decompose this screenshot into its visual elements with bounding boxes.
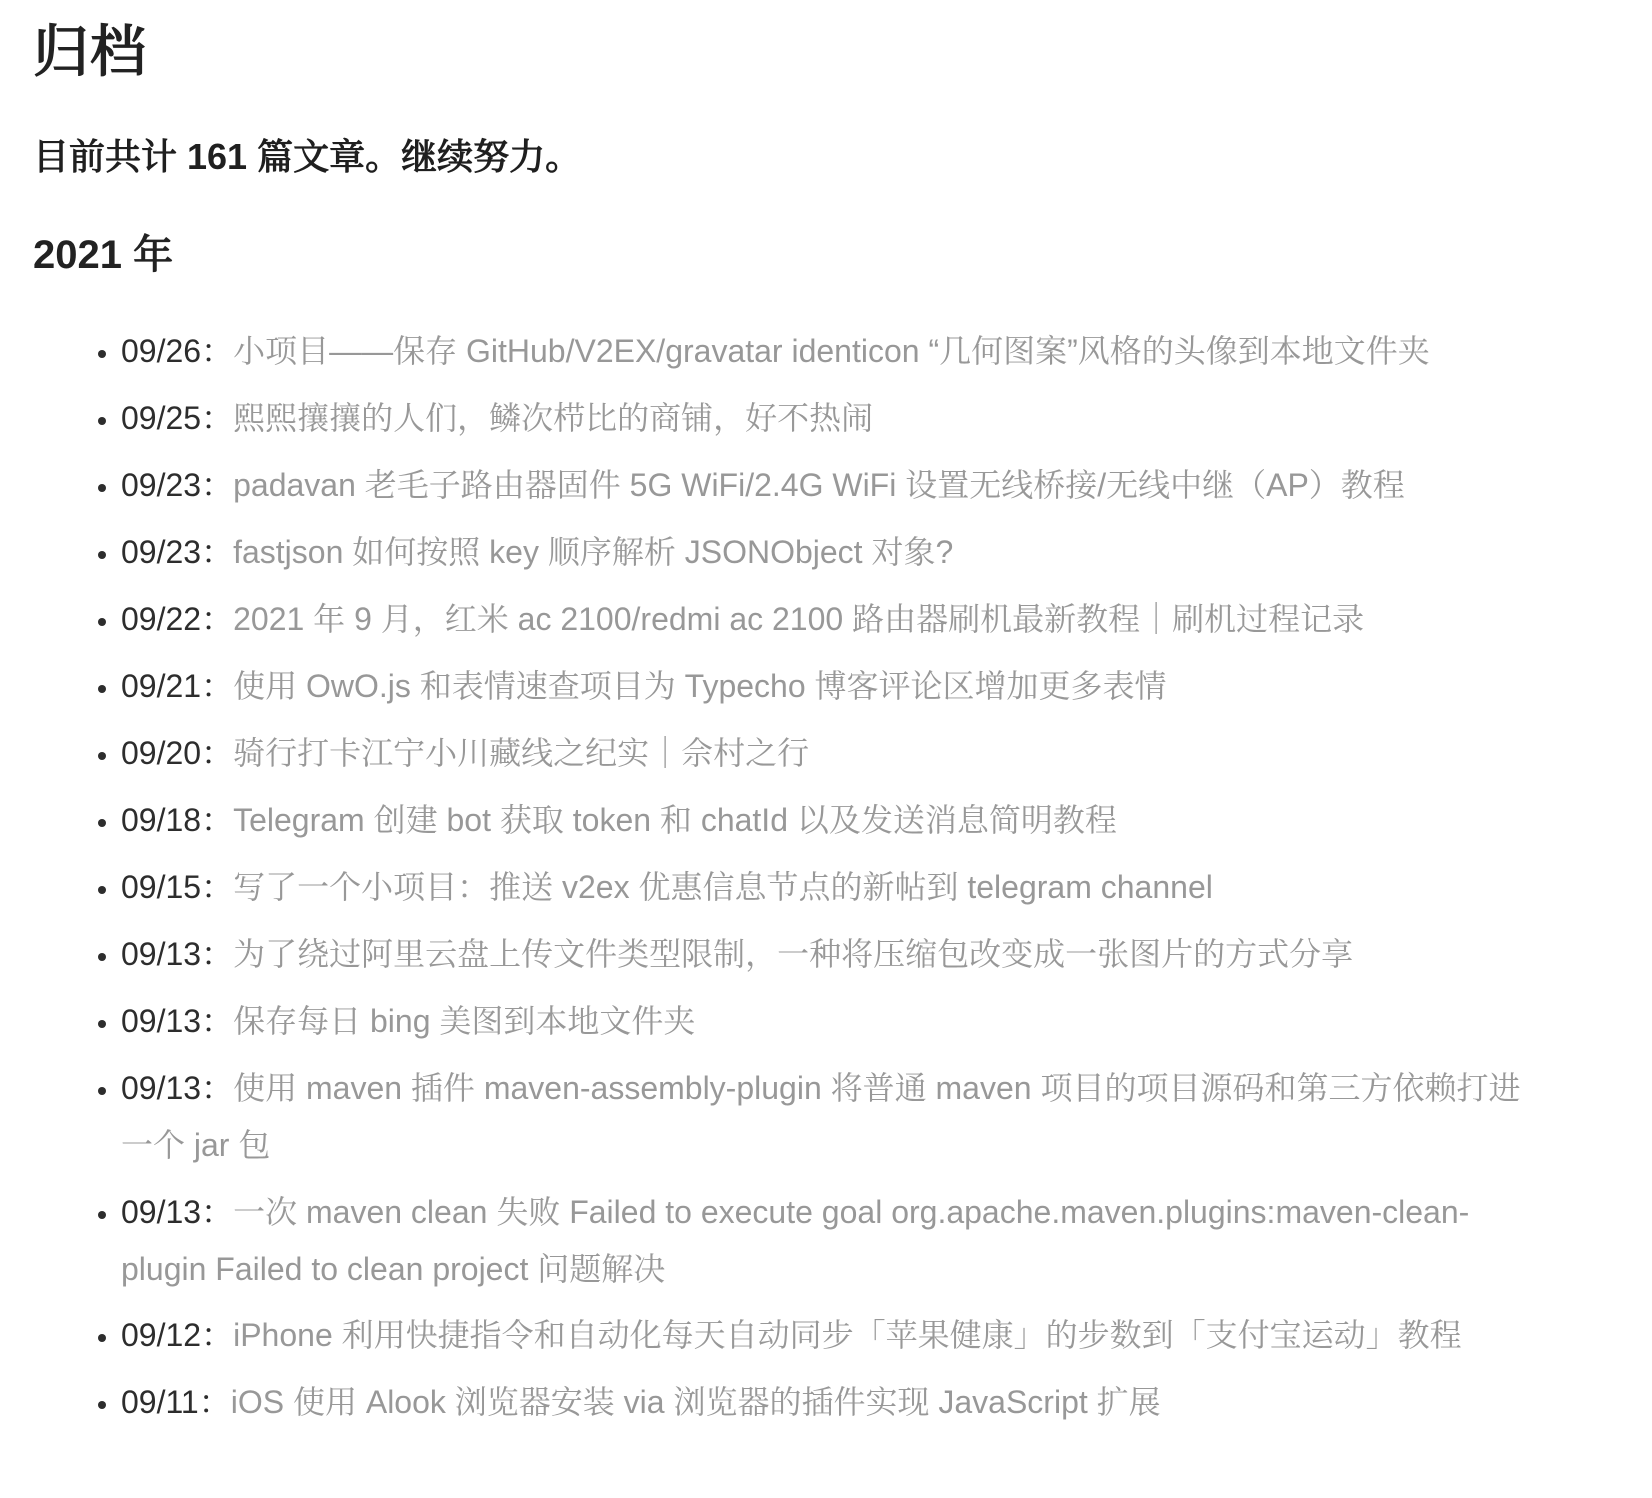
post-date: 09/13： xyxy=(121,1003,233,1039)
archive-post-item: 09/11：iOS 使用 Alook 浏览器安装 via 浏览器的插件实现 Ja… xyxy=(121,1374,1548,1431)
post-title-link[interactable]: 骑行打卡江宁小川藏线之纪实｜佘村之行 xyxy=(233,735,809,771)
post-count-summary: 目前共计 161 篇文章。继续努力。 xyxy=(33,134,1548,181)
archive-post-item: 09/23：fastjson 如何按照 key 顺序解析 JSONObject … xyxy=(121,524,1548,581)
post-title-link[interactable]: padavan 老毛子路由器固件 5G WiFi/2.4G WiFi 设置无线桥… xyxy=(233,467,1405,503)
archive-post-item: 09/21：使用 OwO.js 和表情速查项目为 Typecho 博客评论区增加… xyxy=(121,658,1548,715)
post-date: 09/23： xyxy=(121,534,233,570)
archive-list: 09/26：小项目——保存 GitHub/V2EX/gravatar ident… xyxy=(33,323,1548,1431)
archive-post-item: 09/23：padavan 老毛子路由器固件 5G WiFi/2.4G WiFi… xyxy=(121,457,1548,514)
post-date: 09/23： xyxy=(121,467,233,503)
archive-post-item: 09/15：写了一个小项目：推送 v2ex 优惠信息节点的新帖到 telegra… xyxy=(121,859,1548,916)
post-date: 09/13： xyxy=(121,1070,233,1106)
post-title-link[interactable]: 使用 maven 插件 maven-assembly-plugin 将普通 ma… xyxy=(121,1070,1520,1163)
archive-post-item: 09/13：为了绕过阿里云盘上传文件类型限制，一种将压缩包改变成一张图片的方式分… xyxy=(121,926,1548,983)
post-date: 09/26： xyxy=(121,333,233,369)
post-title-link[interactable]: fastjson 如何按照 key 顺序解析 JSONObject 对象? xyxy=(233,534,953,570)
post-title-link[interactable]: 一次 maven clean 失败 Failed to execute goal… xyxy=(121,1194,1469,1287)
post-title-link[interactable]: 写了一个小项目：推送 v2ex 优惠信息节点的新帖到 telegram chan… xyxy=(233,869,1213,905)
archive-post-item: 09/12：iPhone 利用快捷指令和自动化每天自动同步「苹果健康」的步数到「… xyxy=(121,1307,1548,1364)
post-date: 09/21： xyxy=(121,668,233,704)
archive-post-item: 09/26：小项目——保存 GitHub/V2EX/gravatar ident… xyxy=(121,323,1548,380)
post-date: 09/11： xyxy=(121,1384,231,1420)
archive-post-item: 09/13：使用 maven 插件 maven-assembly-plugin … xyxy=(121,1060,1548,1174)
page-title: 归档 xyxy=(33,20,1548,84)
archive-post-item: 09/20：骑行打卡江宁小川藏线之纪实｜佘村之行 xyxy=(121,725,1548,782)
post-date: 09/18： xyxy=(121,802,233,838)
archive-post-item: 09/13：保存每日 bing 美图到本地文件夹 xyxy=(121,993,1548,1050)
post-title-link[interactable]: 2021 年 9 月，红米 ac 2100/redmi ac 2100 路由器刷… xyxy=(233,601,1364,637)
post-date: 09/15： xyxy=(121,869,233,905)
archive-post-item: 09/18：Telegram 创建 bot 获取 token 和 chatId … xyxy=(121,792,1548,849)
post-date: 09/13： xyxy=(121,1194,233,1230)
post-date: 09/25： xyxy=(121,400,233,436)
post-title-link[interactable]: iOS 使用 Alook 浏览器安装 via 浏览器的插件实现 JavaScri… xyxy=(231,1384,1161,1420)
post-title-link[interactable]: 熙熙攘攘的人们，鳞次栉比的商铺，好不热闹 xyxy=(233,400,873,436)
post-title-link[interactable]: iPhone 利用快捷指令和自动化每天自动同步「苹果健康」的步数到「支付宝运动」… xyxy=(233,1317,1462,1353)
post-date: 09/20： xyxy=(121,735,233,771)
archive-page: 归档 目前共计 161 篇文章。继续努力。 2021 年 09/26：小项目——… xyxy=(0,20,1652,1431)
post-date: 09/12： xyxy=(121,1317,233,1353)
year-heading-2021: 2021 年 xyxy=(33,231,1548,279)
archive-post-item: 09/13：一次 maven clean 失败 Failed to execut… xyxy=(121,1184,1548,1298)
post-title-link[interactable]: 小项目——保存 GitHub/V2EX/gravatar identicon “… xyxy=(233,333,1430,369)
archive-post-item: 09/22：2021 年 9 月，红米 ac 2100/redmi ac 210… xyxy=(121,591,1548,648)
post-title-link[interactable]: 使用 OwO.js 和表情速查项目为 Typecho 博客评论区增加更多表情 xyxy=(233,668,1166,704)
post-date: 09/13： xyxy=(121,936,233,972)
post-title-link[interactable]: 为了绕过阿里云盘上传文件类型限制，一种将压缩包改变成一张图片的方式分享 xyxy=(233,936,1353,972)
post-title-link[interactable]: Telegram 创建 bot 获取 token 和 chatId 以及发送消息… xyxy=(233,802,1117,838)
post-title-link[interactable]: 保存每日 bing 美图到本地文件夹 xyxy=(233,1003,695,1039)
archive-post-item: 09/25：熙熙攘攘的人们，鳞次栉比的商铺，好不热闹 xyxy=(121,390,1548,447)
post-date: 09/22： xyxy=(121,601,233,637)
